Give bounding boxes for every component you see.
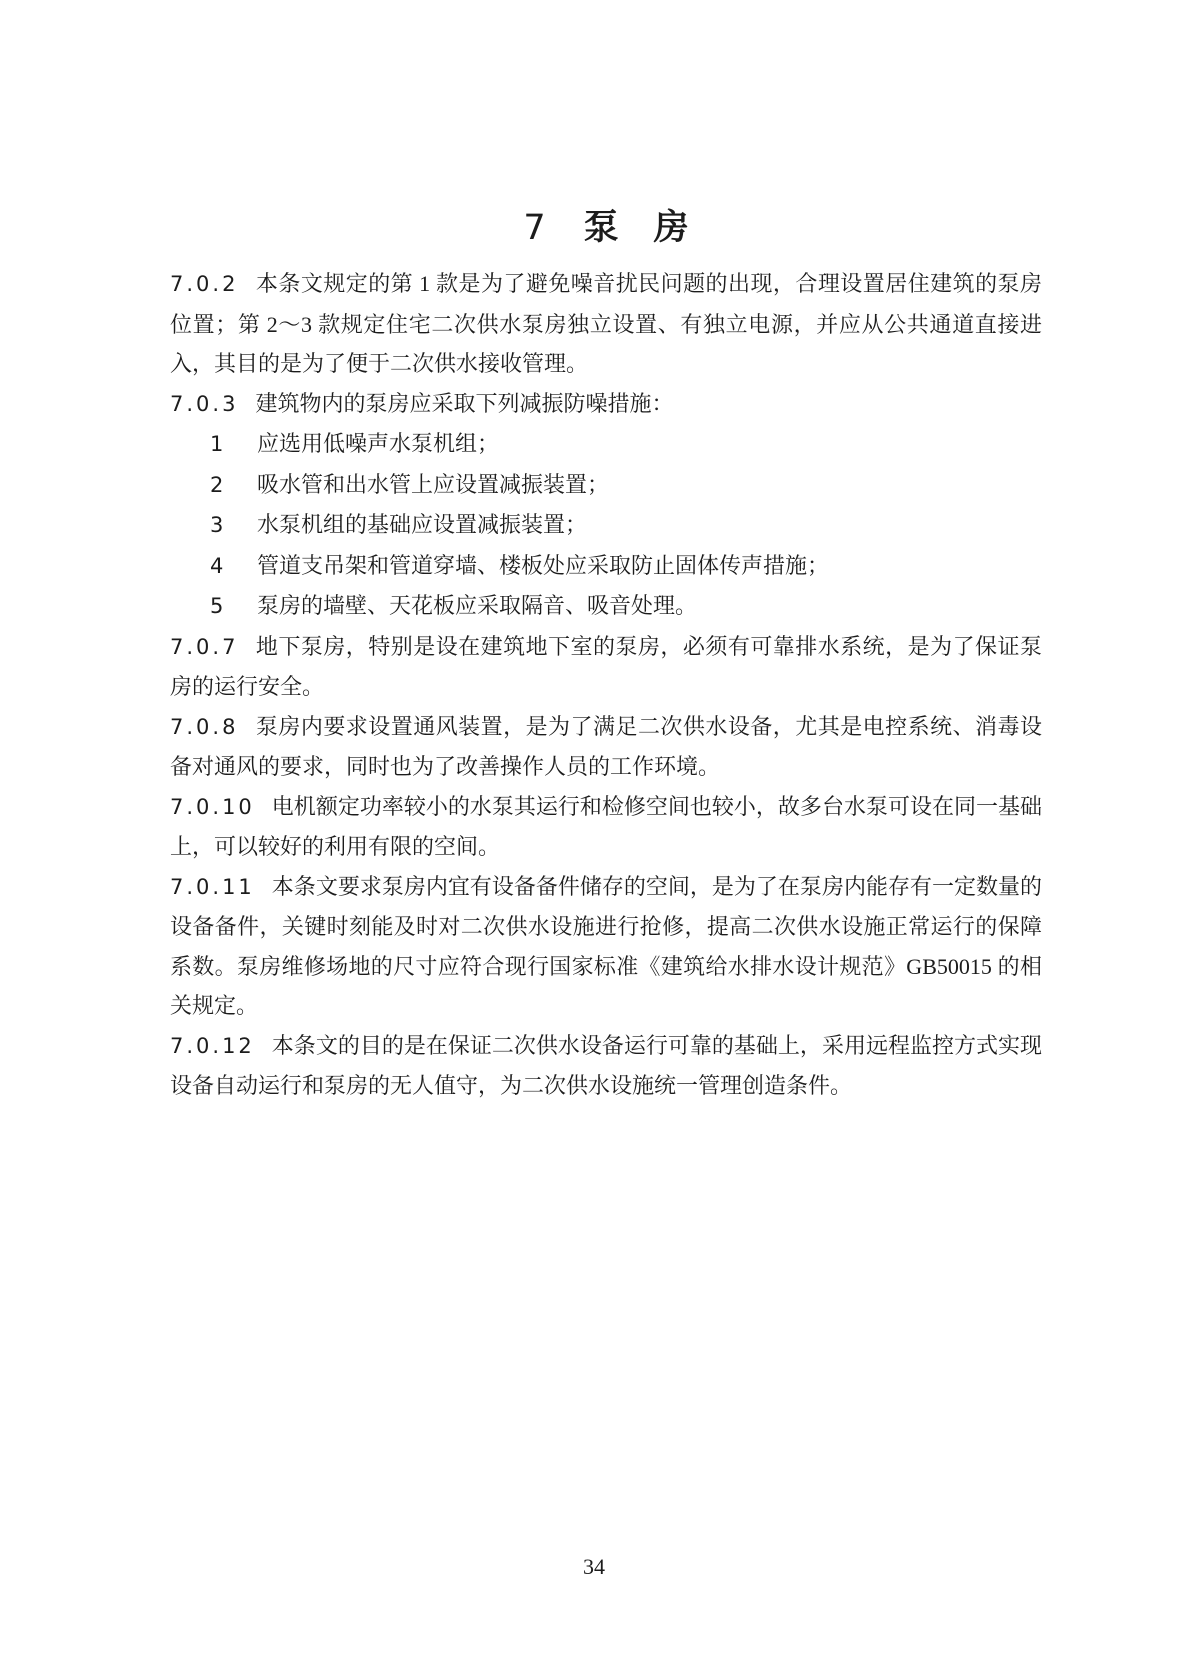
clause-7-0-7: 7.0.7地下泵房，特别是设在建筑地下室的泵房，必须有可靠排水系统，是为了保证泵… — [170, 627, 1042, 707]
item-number: 4 — [210, 547, 257, 587]
chapter-number: 7 — [523, 208, 545, 248]
clause-text: 建筑物内的泵房应采取下列减振防噪措施： — [255, 391, 673, 416]
item-number: 1 — [210, 425, 257, 465]
page-number: 34 — [0, 1554, 1188, 1580]
page-content: 7泵 房 7.0.2本条文规定的第 1 款是为了避免噪音扰民问题的出现，合理设置… — [170, 204, 1042, 1106]
item-text: 泵房的墙壁、天花板应采取隔音、吸音处理。 — [257, 593, 697, 618]
clause-7-0-3-item-1: 1应选用低噪声水泵机组； — [170, 424, 1042, 465]
item-text: 水泵机组的基础应设置减振装置； — [257, 512, 587, 537]
clause-7-0-3-item-3: 3水泵机组的基础应设置减振装置； — [170, 505, 1042, 546]
clause-7-0-3-item-2: 2吸水管和出水管上应设置减振装置； — [170, 465, 1042, 506]
clause-7-0-3: 7.0.3建筑物内的泵房应采取下列减振防噪措施： — [170, 384, 1042, 425]
clause-text: 电机额定功率较小的水泵其运行和检修空间也较小，故多台水泵可设在同一基础上，可以较… — [170, 794, 1042, 860]
clause-number: 7.0.3 — [170, 392, 238, 416]
clause-text: 本条文的目的是在保证二次供水设备运行可靠的基础上，采用远程监控方式实现设备自动运… — [170, 1033, 1042, 1099]
clause-7-0-11: 7.0.11本条文要求泵房内宜有设备备件储存的空间，是为了在泵房内能存有一定数量… — [170, 867, 1042, 1026]
clause-7-0-2: 7.0.2本条文规定的第 1 款是为了避免噪音扰民问题的出现，合理设置居住建筑的… — [170, 264, 1042, 384]
clause-text: 地下泵房，特别是设在建筑地下室的泵房，必须有可靠排水系统，是为了保证泵房的运行安… — [170, 634, 1042, 700]
clause-number: 7.0.7 — [170, 635, 238, 659]
clause-number: 7.0.11 — [170, 875, 255, 899]
item-text: 应选用低噪声水泵机组； — [257, 431, 499, 456]
clause-number: 7.0.10 — [170, 795, 255, 819]
clause-7-0-3-item-4: 4管道支吊架和管道穿墙、楼板处应采取防止固体传声措施； — [170, 546, 1042, 587]
item-number: 3 — [210, 506, 257, 546]
clause-number: 7.0.2 — [170, 272, 238, 296]
item-number: 2 — [210, 466, 257, 506]
clause-7-0-10: 7.0.10电机额定功率较小的水泵其运行和检修空间也较小，故多台水泵可设在同一基… — [170, 787, 1042, 867]
clause-number: 7.0.12 — [170, 1034, 255, 1058]
clause-7-0-8: 7.0.8泵房内要求设置通风装置，是为了满足二次供水设备，尤其是电控系统、消毒设… — [170, 707, 1042, 787]
clause-text: 本条文规定的第 1 款是为了避免噪音扰民问题的出现，合理设置居住建筑的泵房位置；… — [170, 271, 1042, 376]
item-text: 吸水管和出水管上应设置减振装置； — [257, 472, 609, 497]
item-text: 管道支吊架和管道穿墙、楼板处应采取防止固体传声措施； — [257, 553, 829, 578]
chapter-title: 7泵 房 — [170, 204, 1042, 252]
clause-text: 本条文要求泵房内宜有设备备件储存的空间，是为了在泵房内能存有一定数量的设备备件，… — [170, 874, 1042, 1019]
clause-7-0-12: 7.0.12本条文的目的是在保证二次供水设备运行可靠的基础上，采用远程监控方式实… — [170, 1026, 1042, 1106]
item-number: 5 — [210, 587, 257, 627]
clause-7-0-3-item-5: 5泵房的墙壁、天花板应采取隔音、吸音处理。 — [170, 586, 1042, 627]
document-page: 7泵 房 7.0.2本条文规定的第 1 款是为了避免噪音扰民问题的出现，合理设置… — [0, 0, 1188, 1680]
chapter-name: 泵 房 — [584, 208, 689, 247]
clause-number: 7.0.8 — [170, 715, 238, 739]
clause-text: 泵房内要求设置通风装置，是为了满足二次供水设备，尤其是电控系统、消毒设备对通风的… — [170, 714, 1042, 780]
